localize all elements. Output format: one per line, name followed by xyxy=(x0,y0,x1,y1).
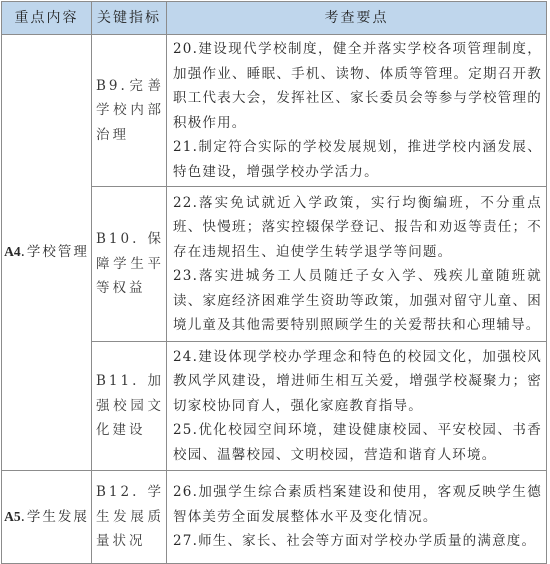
indicator-cell-b9: B9.完善学校内部治理 xyxy=(92,35,167,187)
evaluation-table: 重点内容 关键指标 考查要点 A4.学校管理 B9.完善学校内部治理 20.建设… xyxy=(1,1,547,551)
indicator-cell-b11: B11.加强校园文化建设 xyxy=(92,342,167,471)
indicator-cell-b10: B10.保障学生平等权益 xyxy=(92,187,167,342)
header-check-points: 考查要点 xyxy=(167,2,547,35)
points-cell-b11: 24.建设体现学校办学理念和特色的校园文化，加强校风教风学风建设，增进师生相互关… xyxy=(167,342,547,471)
header-key-content: 重点内容 xyxy=(2,2,92,35)
area-code: A4 xyxy=(4,244,21,259)
check-point-23: 23.落实进城务工人员随迁子女入学、残疾儿童随班就读、家庭经济困难学生资助等政策… xyxy=(173,264,542,338)
table-row-b9: A4.学校管理 B9.完善学校内部治理 20.建设现代学校制度，健全并落实学校各… xyxy=(2,35,547,187)
area-cell-a5: A5.学生发展 xyxy=(2,471,92,552)
header-row: 重点内容 关键指标 考查要点 xyxy=(2,2,547,35)
check-point-20: 20.建设现代学校制度，健全并落实学校各项管理制度，加强作业、睡眠、手机、读物、… xyxy=(173,37,542,135)
check-point-25: 25.优化校园空间环境，建设健康校园、平安校园、书香校园、温馨校园、文明校园，营… xyxy=(173,418,542,467)
check-point-27: 27.师生、家长、社会等方面对学校办学质量的满意度。 xyxy=(173,529,542,551)
points-cell-b9: 20.建设现代学校制度，健全并落实学校各项管理制度，加强作业、睡眠、手机、读物、… xyxy=(167,35,547,187)
area-cell-a4: A4.学校管理 xyxy=(2,35,92,471)
check-point-22: 22.落实免试就近入学政策，实行均衡编班，不分重点班、快慢班；落实控辍保学登记、… xyxy=(173,191,542,265)
indicator-cell-b12: B12.学生发展质量状况 xyxy=(92,471,167,552)
check-point-24: 24.建设体现学校办学理念和特色的校园文化，加强校风教风学风建设，增进师生相互关… xyxy=(173,345,542,419)
check-point-21: 21.制定符合实际的学校发展规划，推进学校内涵发展、特色建设，增强学校办学活力。 xyxy=(173,135,542,184)
points-cell-b10: 22.落实免试就近入学政策，实行均衡编班，不分重点班、快慢班；落实控辍保学登记、… xyxy=(167,187,547,342)
area-label: .学生发展 xyxy=(21,509,89,525)
header-key-indicator: 关键指标 xyxy=(92,2,167,35)
check-point-26: 26.加强学生综合素质档案建设和使用，客观反映学生德智体美劳全面发展整体水平及变… xyxy=(173,480,542,529)
area-label: .学校管理 xyxy=(21,244,89,260)
points-cell-b12: 26.加强学生综合素质档案建设和使用，客观反映学生德智体美劳全面发展整体水平及变… xyxy=(167,471,547,552)
table-row-b12: A5.学生发展 B12.学生发展质量状况 26.加强学生综合素质档案建设和使用，… xyxy=(2,471,547,552)
area-code: A5 xyxy=(4,509,21,524)
